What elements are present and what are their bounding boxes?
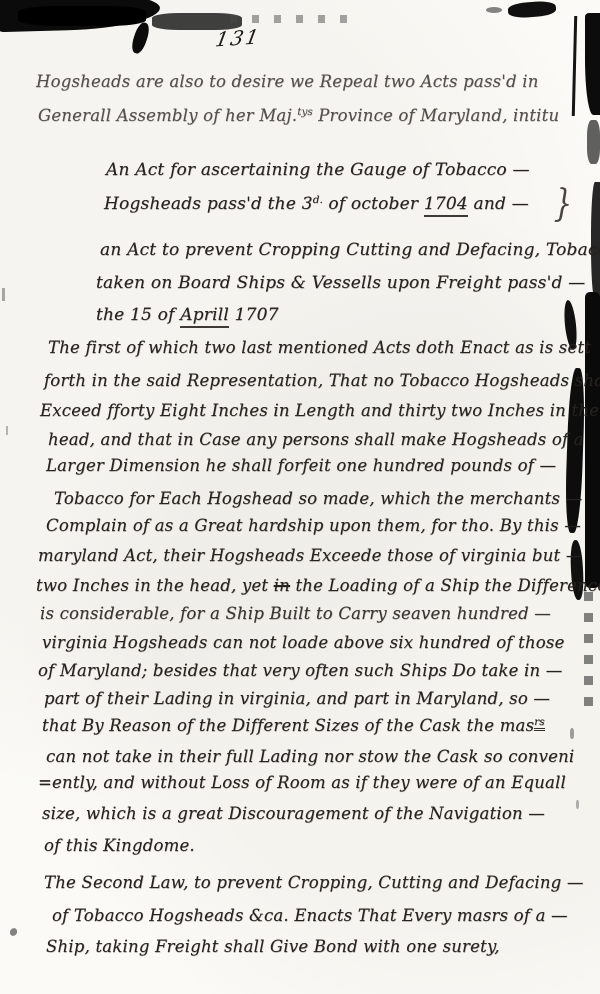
manuscript-line: Ship, taking Freight shall Give Bond wit… bbox=[46, 937, 500, 956]
manuscript-line-intro-2: Generall Assembly of her Maj.tys Provinc… bbox=[38, 106, 559, 125]
speck-left-1 bbox=[2, 288, 5, 301]
speck-left-2 bbox=[6, 426, 8, 435]
manuscript-line: maryland Act, their Hogsheads Exceede th… bbox=[38, 546, 583, 565]
manuscript-line-act2-cont: taken on Board Ships & Vessells upon Fre… bbox=[96, 273, 585, 293]
manuscript-line: virginia Hogsheads can not loade above s… bbox=[42, 633, 565, 652]
body-l9-rest: the Loading of a Ship the Difference bbox=[290, 576, 600, 595]
binding-stain-right-1 bbox=[585, 13, 600, 115]
manuscript-line: Exceed fforty Eight Inches in Length and… bbox=[40, 401, 600, 420]
binding-blob-right-b bbox=[564, 368, 586, 533]
act2-date-year: 1707 bbox=[229, 305, 279, 325]
act1-date-end: and — bbox=[468, 194, 529, 214]
binding-line-right bbox=[572, 16, 577, 116]
manuscript-line: part of their Lading in virginia, and pa… bbox=[44, 689, 550, 708]
manuscript-line: Complain of as a Great hardship upon the… bbox=[46, 516, 581, 535]
speck-right-1 bbox=[570, 728, 574, 739]
underlined-aprill: Aprill bbox=[180, 305, 229, 328]
manuscript-line: =ently, and without Loss of Room as if t… bbox=[38, 773, 566, 792]
intro-line2-text: Generall Assembly of her Maj. bbox=[38, 106, 297, 125]
ink-smudge-top-left-core bbox=[18, 6, 146, 26]
manuscript-line-act2-date: the 15 of Aprill 1707 bbox=[96, 305, 279, 325]
act1-date-mid: of october bbox=[323, 194, 424, 214]
body-l14-text: that By Reason of the Different Sizes of… bbox=[42, 716, 534, 735]
manuscript-line-with-strikeout: two Inches in the head, yet in the Loadi… bbox=[36, 576, 600, 595]
manuscript-line: of Maryland; besides that very often suc… bbox=[38, 661, 562, 680]
ink-blob-top-right bbox=[508, 0, 557, 18]
speck-right-2 bbox=[576, 800, 579, 809]
ink-speck-top-right bbox=[486, 7, 502, 13]
manuscript-line: The first of which two last mentioned Ac… bbox=[48, 338, 591, 357]
manuscript-line: size, which is a great Discouragement of… bbox=[42, 804, 545, 823]
body-l9-text: two Inches in the head, yet bbox=[36, 576, 274, 595]
superscript-3d: d. bbox=[313, 194, 323, 206]
faded-marks-top bbox=[230, 15, 360, 23]
manuscript-line-intro-1: Hogsheads are also to desire we Repeal t… bbox=[36, 72, 539, 91]
superscript-majesty: tys bbox=[297, 106, 313, 118]
manuscript-line: forth in the said Representation, That n… bbox=[44, 371, 600, 390]
underlined-year-1704: 1704 bbox=[424, 194, 468, 217]
manuscript-line: The Second Law, to prevent Cropping, Cut… bbox=[44, 873, 584, 892]
binding-stain-right-2 bbox=[587, 120, 600, 164]
manuscript-line-act1-date: Hogsheads pass'd the 3d. of october 1704… bbox=[104, 194, 529, 214]
manuscript-page: 131 Hogsheads are also to desire we Repe… bbox=[0, 0, 600, 994]
ink-smudge-tail bbox=[129, 21, 151, 55]
manuscript-line: is considerable, for a Ship Built to Car… bbox=[40, 604, 551, 623]
intro-line2-rest: Province of Maryland, intitu bbox=[313, 106, 560, 125]
closing-brace: } bbox=[553, 181, 572, 226]
struck-word: in bbox=[274, 576, 290, 595]
manuscript-line-act2-title: an Act to prevent Cropping Cutting and D… bbox=[100, 240, 600, 260]
act1-date-text: Hogsheads pass'd the 3 bbox=[104, 194, 313, 214]
speck-left-3 bbox=[8, 927, 18, 937]
manuscript-line: Larger Dimension he shall forfeit one hu… bbox=[46, 456, 556, 475]
manuscript-line: can not take in their full Lading nor st… bbox=[46, 747, 574, 766]
underlined-superscript-masters: rs bbox=[534, 716, 544, 731]
manuscript-line: Tobacco for Each Hogshead so made, which… bbox=[54, 489, 582, 508]
manuscript-line-with-underline: that By Reason of the Different Sizes of… bbox=[42, 716, 545, 735]
manuscript-line-act1-title: An Act for ascertaining the Gauge of Tob… bbox=[106, 160, 530, 180]
page-number: 131 bbox=[214, 24, 263, 51]
manuscript-line: of Tobacco Hogsheads &ca. Enacts That Ev… bbox=[52, 906, 568, 925]
act2-date-text: the 15 of bbox=[96, 305, 180, 325]
manuscript-line: of this Kingdome. bbox=[44, 836, 195, 855]
binding-stain-right-4 bbox=[585, 292, 600, 588]
binding-dotted-right bbox=[584, 592, 593, 712]
manuscript-line: head, and that in Case any persons shall… bbox=[48, 430, 584, 449]
